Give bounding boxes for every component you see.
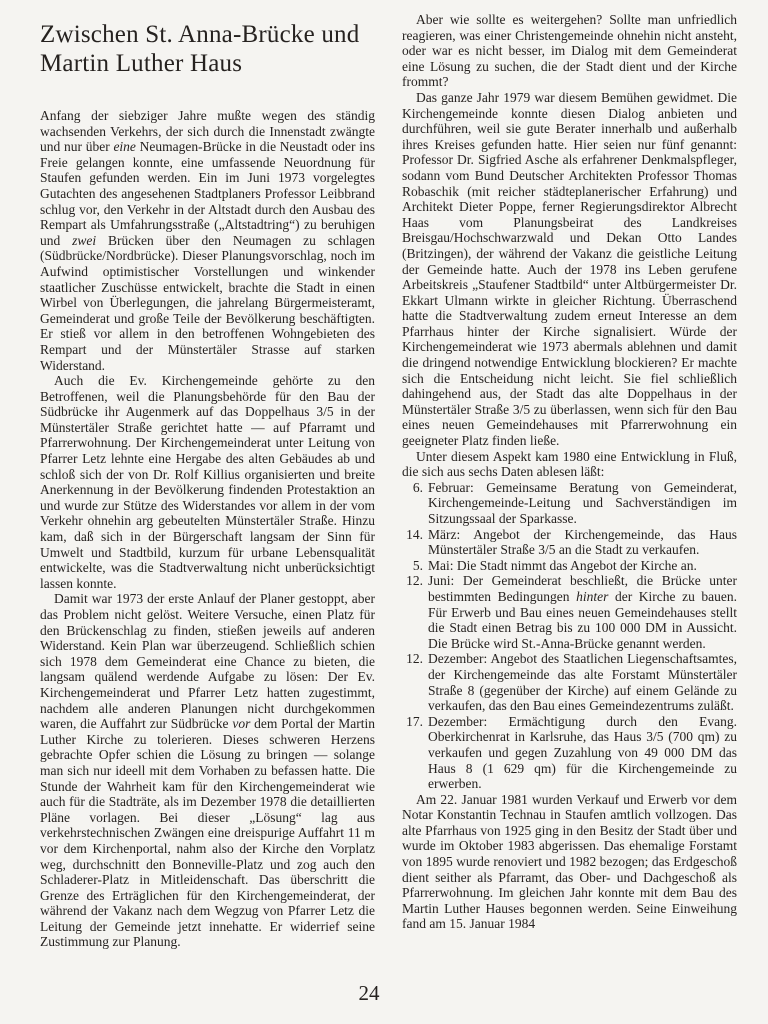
date-list-text: Dezember: Angebot des Staatlichen Liegen… [428,651,737,713]
date-list-text: Februar: Gemeinsame Beratung von Gemeind… [428,480,737,527]
paragraph: Am 22. Januar 1981 wurden Verkauf und Er… [402,792,737,932]
date-list-number: 12. [402,651,428,713]
date-list-text: Juni: Der Gemeinderat beschließt, die Br… [428,573,737,651]
date-list-item: 6.Februar: Gemeinsame Beratung von Gemei… [402,480,737,527]
date-list-number: 6. [402,480,428,527]
date-list-item: 17.Dezember: Ermächtigung durch den Evan… [402,714,737,792]
text-columns: Zwischen St. Anna-Brücke und Martin Luth… [0,0,768,950]
paragraph: Damit war 1973 der erste Anlauf der Plan… [40,591,375,950]
page-number: 24 [0,981,738,1006]
date-list-text: Dezember: Ermächtigung durch den Evang. … [428,714,737,792]
date-list-item: 12.Juni: Der Gemeinderat beschließt, die… [402,573,737,651]
date-list-number: 17. [402,714,428,792]
left-column: Zwischen St. Anna-Brücke und Martin Luth… [40,12,375,950]
paragraph: Aber wie sollte es weitergehen? Sollte m… [402,12,737,90]
date-list-text: März: Angebot der Kirchengemeinde, das H… [428,527,737,558]
date-list-item: 5.Mai: Die Stadt nimmt das Angebot der K… [402,558,737,574]
date-list-number: 12. [402,573,428,651]
right-column: Aber wie sollte es weitergehen? Sollte m… [402,12,737,950]
paragraph: Auch die Ev. Kirchengemeinde gehörte zu … [40,373,375,591]
date-list-number: 14. [402,527,428,558]
title-line-2: Martin Luther Haus [40,49,375,78]
paragraph: Das ganze Jahr 1979 war diesem Bemühen g… [402,90,737,449]
paragraph: Unter diesem Aspekt kam 1980 eine Entwic… [402,449,737,480]
title-line-1: Zwischen St. Anna-Brücke und [40,20,375,49]
page-title: Zwischen St. Anna-Brücke und Martin Luth… [40,20,375,78]
date-list-item: 12.Dezember: Angebot des Staatlichen Lie… [402,651,737,713]
book-page: Zwischen St. Anna-Brücke und Martin Luth… [0,0,768,1024]
date-list-number: 5. [402,558,428,574]
date-list-text: Mai: Die Stadt nimmt das Angebot der Kir… [428,558,737,574]
paragraph: Anfang der siebziger Jahre mußte wegen d… [40,108,375,373]
date-list-item: 14.März: Angebot der Kirchengemeinde, da… [402,527,737,558]
